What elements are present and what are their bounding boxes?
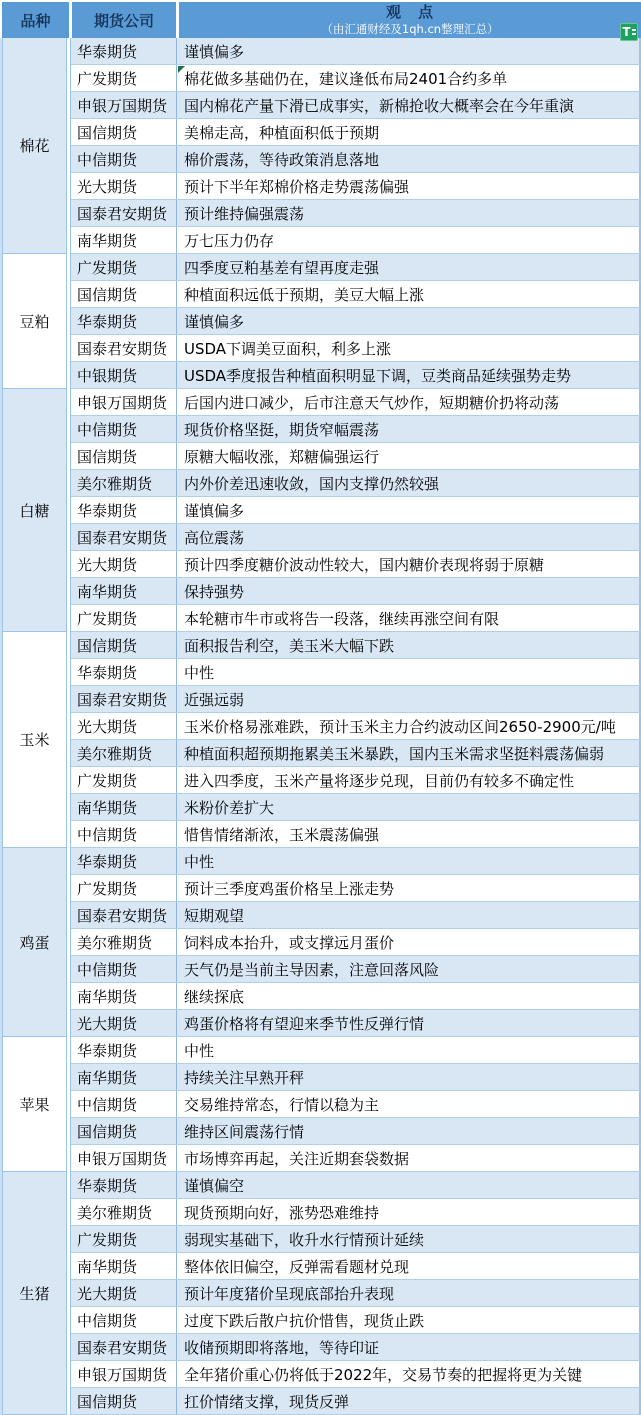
company-cell: 广发期货: [71, 254, 177, 280]
view-cell: 近强远弱: [177, 686, 641, 712]
view-cell: 短期观望: [177, 902, 641, 928]
table-row: 广发期货 棉花做多基础仍在，建议逢低布局2401合约多单: [71, 65, 641, 92]
table-row: 广发期货 弱现实基础下，收升水行情预计延续: [71, 1226, 641, 1253]
company-cell: 中银期货: [71, 362, 177, 388]
table-row: 华泰期货 中性: [71, 848, 641, 875]
view-cell: 国内棉花产量下滑已成事实，新棉抢收大概率会在今年重演: [177, 92, 641, 118]
table-row: 国信期货 原糖大幅收涨，郑糖偏强运行: [71, 443, 641, 470]
view-cell: 种植面积超预期拖累美玉米暴跌，国内玉米需求坚挺料震荡偏弱: [177, 740, 641, 766]
table-tool-icon-letter: T: [622, 26, 630, 38]
table-row: 国信期货 扛价情绪支撑，现货反弹: [71, 1388, 641, 1415]
company-cell: 国信期货: [71, 281, 177, 307]
view-cell: 中性: [177, 659, 641, 685]
table-row: 南华期货 米粉价差扩大: [71, 794, 641, 821]
variety-label: 棉花: [19, 135, 49, 156]
variety-label: 豆粕: [19, 311, 49, 332]
view-cell: 维持区间震荡行情: [177, 1118, 641, 1144]
header-view: 观 点 （由汇通财经及1qh.cn整理汇总） T: [179, 2, 641, 38]
view-cell: 面积报告利空，美玉米大幅下跌: [177, 632, 641, 658]
company-cell: 国泰君安期货: [71, 686, 177, 712]
table-row: 国信期货 美棉走高，种植面积低于预期: [71, 119, 641, 146]
company-cell: 光大期货: [71, 551, 177, 577]
table-tool-icon[interactable]: T: [620, 23, 638, 41]
view-cell: 内外价差迅速收敛，国内支撑仍然较强: [177, 470, 641, 496]
company-cell: 华泰期货: [71, 848, 177, 874]
group-rows: 广发期货 四季度豆粕基差有望再度走强 国信期货 种植面积远低于预期，美豆大幅上涨…: [70, 254, 641, 389]
company-cell: 华泰期货: [71, 659, 177, 685]
view-cell: 谨慎偏多: [177, 38, 641, 64]
table-row: 南华期货 持续关注早熟开秤: [71, 1064, 641, 1091]
company-cell: 中信期货: [71, 956, 177, 982]
group-rows: 华泰期货 中性 南华期货 持续关注早熟开秤 中信期货 交易维持常态，行情以稳为主…: [70, 1037, 641, 1172]
company-cell: 光大期货: [71, 1010, 177, 1036]
company-cell: 南华期货: [71, 794, 177, 820]
company-cell: 华泰期货: [71, 1037, 177, 1063]
table-row: 国泰君安期货 短期观望: [71, 902, 641, 929]
table-row: 中信期货 现货价格坚挺，期货窄幅震荡: [71, 416, 641, 443]
company-cell: 广发期货: [71, 767, 177, 793]
table-header: 品种 期货公司 观 点 （由汇通财经及1qh.cn整理汇总） T: [0, 0, 641, 38]
futures-opinion-table: 品种 期货公司 观 点 （由汇通财经及1qh.cn整理汇总） T 棉花 华泰期货…: [0, 0, 641, 1415]
commodity-group: 苹果 华泰期货 中性 南华期货 持续关注早熟开秤 中信期货 交易维持常态，行情以…: [2, 1037, 641, 1172]
table-row: 南华期货 继续探底: [71, 983, 641, 1010]
company-cell: 申银万国期货: [71, 92, 177, 118]
table-row: 华泰期货 中性: [71, 1037, 641, 1064]
table-row: 南华期货 万七压力仍存: [71, 227, 641, 254]
table-row: 国泰君安期货 高位震荡: [71, 524, 641, 551]
view-cell: 种植面积远低于预期，美豆大幅上涨: [177, 281, 641, 307]
header-variety: 品种: [2, 2, 69, 38]
table-row: 华泰期货 谨慎偏空: [71, 1172, 641, 1199]
view-cell: 天气仍是当前主导因素，注意回落风险: [177, 956, 641, 982]
company-cell: 光大期货: [71, 713, 177, 739]
view-cell: 谨慎偏多: [177, 497, 641, 523]
view-cell: 持续关注早熟开秤: [177, 1064, 641, 1090]
company-cell: 中信期货: [71, 416, 177, 442]
view-cell: USDA下调美豆面积，利多上涨: [177, 335, 641, 361]
group-rows: 华泰期货 谨慎偏多 广发期货 棉花做多基础仍在，建议逢低布局2401合约多单 申…: [70, 38, 641, 254]
table-row: 广发期货 进入四季度，玉米产量将逐步兑现，目前仍有较多不确定性: [71, 767, 641, 794]
commodity-group: 鸡蛋 华泰期货 中性 广发期货 预计三季度鸡蛋价格呈上涨走势 国泰君安期货 短期…: [2, 848, 641, 1037]
company-cell: 国泰君安期货: [71, 524, 177, 550]
company-cell: 华泰期货: [71, 1172, 177, 1198]
view-cell: 谨慎偏多: [177, 308, 641, 334]
table-row: 中信期货 交易维持常态，行情以稳为主: [71, 1091, 641, 1118]
company-cell: 华泰期货: [71, 38, 177, 64]
view-cell: 本轮糖市牛市或将告一段落，继续再涨空间有限: [177, 605, 641, 631]
view-cell: 预计四季度糖价波动性较大，国内糖价表现将弱于原糖: [177, 551, 641, 577]
table-row: 光大期货 鸡蛋价格将有望迎来季节性反弹行情: [71, 1010, 641, 1037]
company-cell: 中信期货: [71, 1091, 177, 1117]
view-cell: 预计三季度鸡蛋价格呈上涨走势: [177, 875, 641, 901]
company-cell: 国信期货: [71, 632, 177, 658]
table-row: 光大期货 预计下半年郑棉价格走势震荡偏强: [71, 173, 641, 200]
company-cell: 国泰君安期货: [71, 200, 177, 226]
company-cell: 国信期货: [71, 119, 177, 145]
table-row: 中信期货 棉价震荡，等待政策消息落地: [71, 146, 641, 173]
view-cell: 玉米价格易涨难跌，预计玉米主力合约波动区间2650-2900元/吨: [177, 713, 641, 739]
group-rows: 华泰期货 谨慎偏空 美尔雅期货 现货预期向好，涨势恐难维持 广发期货 弱现实基础…: [70, 1172, 641, 1415]
table-row: 中信期货 过度下跌后散户抗价惜售，现货止跌: [71, 1307, 641, 1334]
table-row: 华泰期货 谨慎偏多: [71, 497, 641, 524]
company-cell: 申银万国期货: [71, 389, 177, 415]
view-cell: 惜售情绪渐浓，玉米震荡偏强: [177, 821, 641, 847]
commodity-group: 棉花 华泰期货 谨慎偏多 广发期货 棉花做多基础仍在，建议逢低布局2401合约多…: [2, 38, 641, 254]
table-row: 华泰期货 谨慎偏多: [71, 38, 641, 65]
company-cell: 南华期货: [71, 578, 177, 604]
table-row: 国信期货 维持区间震荡行情: [71, 1118, 641, 1145]
company-cell: 美尔雅期货: [71, 929, 177, 955]
company-cell: 广发期货: [71, 65, 177, 91]
variety-label: 鸡蛋: [19, 932, 49, 953]
company-cell: 申银万国期货: [71, 1361, 177, 1387]
table-row: 国信期货 面积报告利空，美玉米大幅下跌: [71, 632, 641, 659]
table-row: 国信期货 种植面积远低于预期，美豆大幅上涨: [71, 281, 641, 308]
header-view-subtitle: （由汇通财经及1qh.cn整理汇总）: [321, 22, 498, 36]
variety-label: 白糖: [19, 500, 49, 521]
table-row: 美尔雅期货 种植面积超预期拖累美玉米暴跌，国内玉米需求坚挺料震荡偏弱: [71, 740, 641, 767]
header-company: 期货公司: [72, 2, 176, 38]
view-cell: 饲料成本抬升，或支撑远月蛋价: [177, 929, 641, 955]
variety-cell: 生猪: [2, 1172, 67, 1415]
variety-cell: 苹果: [2, 1037, 67, 1172]
table-row: 美尔雅期货 内外价差迅速收敛，国内支撑仍然较强: [71, 470, 641, 497]
view-cell: 棉花做多基础仍在，建议逢低布局2401合约多单: [177, 65, 641, 91]
group-rows: 申银万国期货 后国内进口减少，后市注意天气炒作，短期糖价扔将动荡 中信期货 现货…: [70, 389, 641, 632]
table-row: 国泰君安期货 预计维持偏强震荡: [71, 200, 641, 227]
company-cell: 广发期货: [71, 605, 177, 631]
company-cell: 中信期货: [71, 146, 177, 172]
company-cell: 南华期货: [71, 1064, 177, 1090]
table-row: 光大期货 预计四季度糖价波动性较大，国内糖价表现将弱于原糖: [71, 551, 641, 578]
variety-cell: 豆粕: [2, 254, 67, 389]
variety-cell: 玉米: [2, 632, 67, 848]
view-cell: 棉价震荡，等待政策消息落地: [177, 146, 641, 172]
company-cell: 光大期货: [71, 1280, 177, 1306]
view-cell: 预计下半年郑棉价格走势震荡偏强: [177, 173, 641, 199]
view-cell: 现货价格坚挺，期货窄幅震荡: [177, 416, 641, 442]
header-view-title: 观 点: [386, 3, 434, 22]
view-cell: 鸡蛋价格将有望迎来季节性反弹行情: [177, 1010, 641, 1036]
company-cell: 国泰君安期货: [71, 335, 177, 361]
company-cell: 光大期货: [71, 173, 177, 199]
table-row: 美尔雅期货 现货预期向好，涨势恐难维持: [71, 1199, 641, 1226]
view-cell: 进入四季度，玉米产量将逐步兑现，目前仍有较多不确定性: [177, 767, 641, 793]
view-cell: 预计年度猪价呈现底部抬升表现: [177, 1280, 641, 1306]
table-body: 棉花 华泰期货 谨慎偏多 广发期货 棉花做多基础仍在，建议逢低布局2401合约多…: [0, 38, 641, 1415]
view-cell: 原糖大幅收涨，郑糖偏强运行: [177, 443, 641, 469]
comment-marker-icon: [178, 66, 185, 73]
commodity-group: 生猪 华泰期货 谨慎偏空 美尔雅期货 现货预期向好，涨势恐难维持 广发期货 弱现…: [2, 1172, 641, 1415]
company-cell: 美尔雅期货: [71, 470, 177, 496]
company-cell: 申银万国期货: [71, 1145, 177, 1171]
table-row: 广发期货 四季度豆粕基差有望再度走强: [71, 254, 641, 281]
view-cell: 谨慎偏空: [177, 1172, 641, 1198]
company-cell: 华泰期货: [71, 497, 177, 523]
commodity-group: 豆粕 广发期货 四季度豆粕基差有望再度走强 国信期货 种植面积远低于预期，美豆大…: [2, 254, 641, 389]
company-cell: 广发期货: [71, 1226, 177, 1252]
view-cell: 中性: [177, 1037, 641, 1063]
table-row: 光大期货 玉米价格易涨难跌，预计玉米主力合约波动区间2650-2900元/吨: [71, 713, 641, 740]
table-row: 华泰期货 谨慎偏多: [71, 308, 641, 335]
company-cell: 国信期货: [71, 443, 177, 469]
table-row: 美尔雅期货 饲料成本抬升，或支撑远月蛋价: [71, 929, 641, 956]
view-cell: 高位震荡: [177, 524, 641, 550]
table-row: 申银万国期货 市场博弈再起，关注近期套袋数据: [71, 1145, 641, 1172]
view-cell: 交易维持常态，行情以稳为主: [177, 1091, 641, 1117]
view-cell: USDA季度报告种植面积明显下调，豆类商品延续强势走势: [177, 362, 641, 388]
company-cell: 美尔雅期货: [71, 740, 177, 766]
group-rows: 国信期货 面积报告利空，美玉米大幅下跌 华泰期货 中性 国泰君安期货 近强远弱 …: [70, 632, 641, 848]
table-row: 申银万国期货 全年猪价重心仍将低于2022年，交易节奏的把握将更为关键: [71, 1361, 641, 1388]
variety-label: 玉米: [19, 729, 49, 750]
variety-label: 苹果: [19, 1094, 49, 1115]
company-cell: 国泰君安期货: [71, 1334, 177, 1360]
view-cell: 保持强势: [177, 578, 641, 604]
company-cell: 南华期货: [71, 1253, 177, 1279]
table-row: 中信期货 惜售情绪渐浓，玉米震荡偏强: [71, 821, 641, 848]
table-row: 广发期货 本轮糖市牛市或将告一段落，继续再涨空间有限: [71, 605, 641, 632]
table-row: 中信期货 天气仍是当前主导因素，注意回落风险: [71, 956, 641, 983]
company-cell: 中信期货: [71, 821, 177, 847]
table-row: 华泰期货 中性: [71, 659, 641, 686]
view-cell: 中性: [177, 848, 641, 874]
view-cell: 整体依旧偏空，反弹需看题材兑现: [177, 1253, 641, 1279]
variety-cell: 白糖: [2, 389, 67, 632]
view-cell: 四季度豆粕基差有望再度走强: [177, 254, 641, 280]
variety-label: 生猪: [19, 1283, 49, 1304]
table-row: 南华期货 保持强势: [71, 578, 641, 605]
table-row: 南华期货 整体依旧偏空，反弹需看题材兑现: [71, 1253, 641, 1280]
view-cell: 扛价情绪支撑，现货反弹: [177, 1388, 641, 1414]
view-cell: 收储预期即将落地，等待印证: [177, 1334, 641, 1360]
company-cell: 国泰君安期货: [71, 902, 177, 928]
variety-cell: 鸡蛋: [2, 848, 67, 1037]
table-tool-icon-lines: [632, 29, 636, 35]
commodity-group: 玉米 国信期货 面积报告利空，美玉米大幅下跌 华泰期货 中性 国泰君安期货 近强…: [2, 632, 641, 848]
table-row: 申银万国期货 国内棉花产量下滑已成事实，新棉抢收大概率会在今年重演: [71, 92, 641, 119]
table-row: 国泰君安期货 收储预期即将落地，等待印证: [71, 1334, 641, 1361]
view-cell: 过度下跌后散户抗价惜售，现货止跌: [177, 1307, 641, 1333]
company-cell: 华泰期货: [71, 308, 177, 334]
view-cell: 继续探底: [177, 983, 641, 1009]
company-cell: 广发期货: [71, 875, 177, 901]
view-cell: 后国内进口减少，后市注意天气炒作，短期糖价扔将动荡: [177, 389, 641, 415]
view-cell: 美棉走高，种植面积低于预期: [177, 119, 641, 145]
view-cell: 市场博弈再起，关注近期套袋数据: [177, 1145, 641, 1171]
company-cell: 南华期货: [71, 227, 177, 253]
table-row: 国泰君安期货 近强远弱: [71, 686, 641, 713]
variety-cell: 棉花: [2, 38, 67, 254]
company-cell: 国信期货: [71, 1388, 177, 1414]
view-cell: 现货预期向好，涨势恐难维持: [177, 1199, 641, 1225]
commodity-group: 白糖 申银万国期货 后国内进口减少，后市注意天气炒作，短期糖价扔将动荡 中信期货…: [2, 389, 641, 632]
group-rows: 华泰期货 中性 广发期货 预计三季度鸡蛋价格呈上涨走势 国泰君安期货 短期观望 …: [70, 848, 641, 1037]
company-cell: 国信期货: [71, 1118, 177, 1144]
view-cell: 弱现实基础下，收升水行情预计延续: [177, 1226, 641, 1252]
table-row: 国泰君安期货 USDA下调美豆面积，利多上涨: [71, 335, 641, 362]
table-row: 光大期货 预计年度猪价呈现底部抬升表现: [71, 1280, 641, 1307]
view-cell: 万七压力仍存: [177, 227, 641, 253]
table-row: 中银期货 USDA季度报告种植面积明显下调，豆类商品延续强势走势: [71, 362, 641, 389]
view-cell: 全年猪价重心仍将低于2022年，交易节奏的把握将更为关键: [177, 1361, 641, 1387]
company-cell: 中信期货: [71, 1307, 177, 1333]
view-cell: 预计维持偏强震荡: [177, 200, 641, 226]
company-cell: 南华期货: [71, 983, 177, 1009]
company-cell: 美尔雅期货: [71, 1199, 177, 1225]
view-cell: 米粉价差扩大: [177, 794, 641, 820]
table-row: 申银万国期货 后国内进口减少，后市注意天气炒作，短期糖价扔将动荡: [71, 389, 641, 416]
table-row: 广发期货 预计三季度鸡蛋价格呈上涨走势: [71, 875, 641, 902]
